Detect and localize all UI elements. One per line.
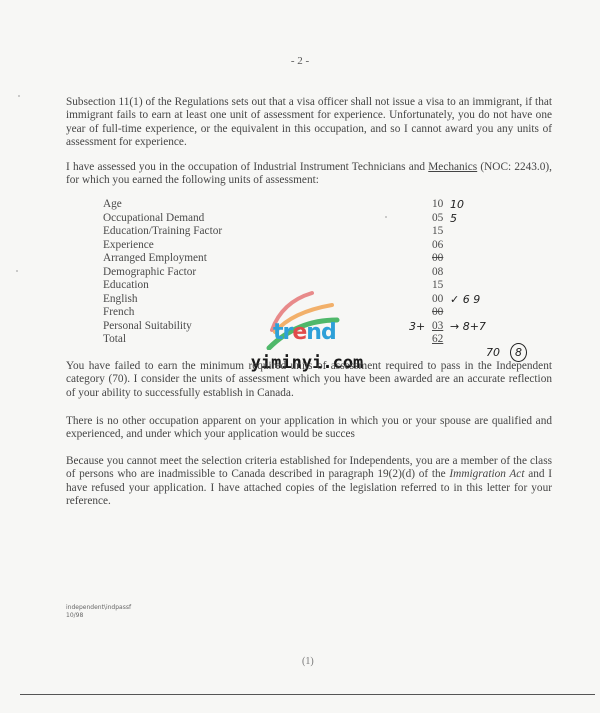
assessment-value: 10 bbox=[432, 198, 443, 212]
assessment-value: 00 bbox=[432, 293, 443, 307]
assessment-value: 08 bbox=[432, 266, 443, 280]
handwritten-note: 10 bbox=[450, 198, 464, 212]
assessment-label: Education/Training Factor bbox=[103, 225, 222, 239]
scan-speck bbox=[385, 216, 387, 218]
assessment-label: Arranged Employment bbox=[103, 252, 207, 266]
footer-file: independent\indpassf bbox=[66, 604, 131, 612]
assessment-value: 00 bbox=[432, 252, 443, 266]
footer-code: independent\indpassf 10/98 bbox=[66, 604, 131, 620]
assessment-row: Experience06 bbox=[103, 239, 523, 253]
assessment-label: Personal Suitability bbox=[103, 320, 192, 334]
refusal-act: Immigration Act bbox=[449, 468, 524, 480]
handwritten-note: ✓ 6 9 bbox=[450, 293, 480, 307]
watermark-brand: trend bbox=[273, 320, 336, 345]
assessment-value: 05 bbox=[432, 212, 443, 226]
handwritten-total: 70 bbox=[486, 346, 500, 359]
paragraph-refusal: Because you cannot meet the selection cr… bbox=[66, 455, 552, 509]
assessment-row: Age1010 bbox=[103, 198, 523, 212]
assessment-row: Occupational Demand055 bbox=[103, 212, 523, 226]
handwritten-note: → 8+7 bbox=[450, 320, 486, 334]
occupation-underlined: Mechanics bbox=[428, 161, 477, 173]
footer-mark: (1) bbox=[302, 656, 314, 667]
paragraph-no-other-occupation: There is no other occupation apparent on… bbox=[66, 415, 552, 442]
assessment-label: Total bbox=[103, 333, 126, 347]
occupation-text-1: I have assessed you in the occupation of… bbox=[66, 161, 428, 173]
handwritten-note: 5 bbox=[450, 212, 457, 226]
assessment-value: 15 bbox=[432, 225, 443, 239]
paragraph-experience: Subsection 11(1) of the Regulations sets… bbox=[66, 96, 552, 150]
paragraph-failed: You have failed to earn the minimum requ… bbox=[66, 360, 552, 400]
assessment-value: 03 bbox=[432, 320, 443, 334]
paragraph-occupation: I have assessed you in the occupation of… bbox=[66, 161, 552, 188]
assessment-row: Education/Training Factor15 bbox=[103, 225, 523, 239]
assessment-value: 06 bbox=[432, 239, 443, 253]
assessment-label: English bbox=[103, 293, 138, 307]
bottom-rule bbox=[20, 694, 595, 695]
assessment-value: 00 bbox=[432, 306, 443, 320]
page-number: - 2 - bbox=[0, 55, 600, 67]
scan-speck bbox=[18, 95, 20, 97]
assessment-label: Education bbox=[103, 279, 149, 293]
assessment-label: Occupational Demand bbox=[103, 212, 204, 226]
assessment-label: Demographic Factor bbox=[103, 266, 196, 280]
assessment-row: Demographic Factor08 bbox=[103, 266, 523, 280]
footer-date: 10/98 bbox=[66, 612, 131, 620]
assessment-label: French bbox=[103, 306, 134, 320]
assessment-row: Arranged Employment00 bbox=[103, 252, 523, 266]
assessment-label: Age bbox=[103, 198, 122, 212]
assessment-label: Experience bbox=[103, 239, 154, 253]
assessment-value: 15 bbox=[432, 279, 443, 293]
assessment-value: 62 bbox=[432, 333, 443, 347]
scan-speck bbox=[16, 270, 18, 272]
handwritten-prefix: 3+ bbox=[409, 320, 425, 334]
